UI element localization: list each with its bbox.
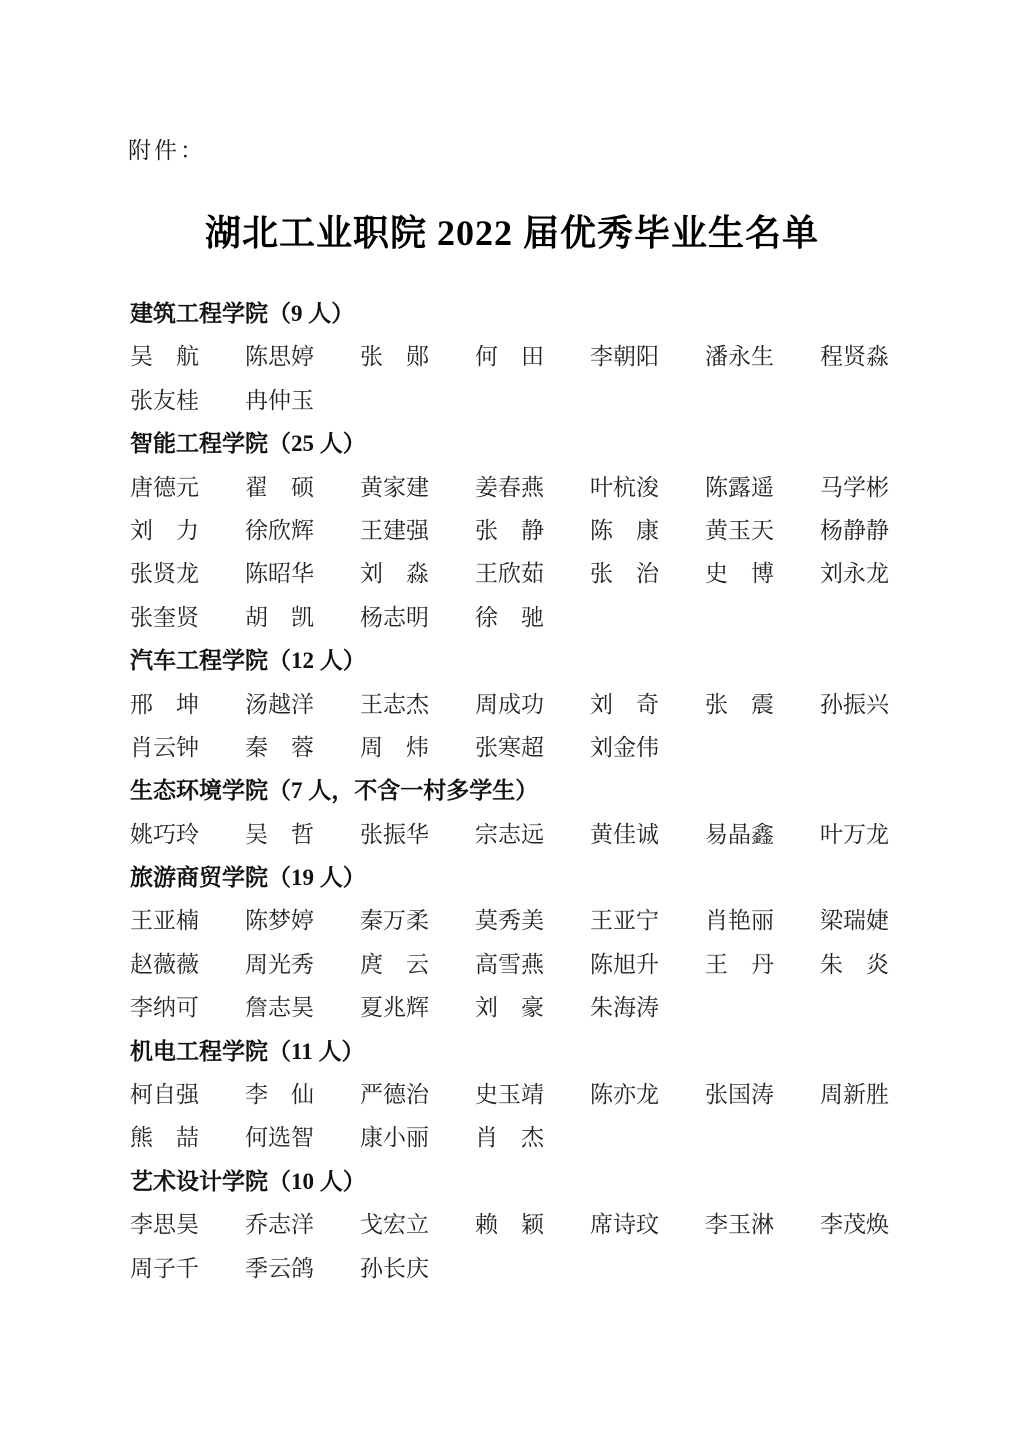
document-page: 附件： 湖北工业职院 2022 届优秀毕业生名单 建筑工程学院（9 人）吴 航 … <box>0 0 1024 1448</box>
names-row: 张奎贤 胡 凯 杨志明 徐 驰 <box>130 596 920 639</box>
names-row: 张友桂 冉仲玉 <box>130 379 920 422</box>
names-row: 姚巧玲 吴 哲 张振华 宗志远 黄佳诚 易晶鑫 叶万龙 <box>130 813 920 856</box>
section-heading: 建筑工程学院（9 人） <box>130 292 920 335</box>
section-heading: 旅游商贸学院（19 人） <box>130 856 920 899</box>
names-row: 王亚楠 陈梦婷 秦万柔 莫秀美 王亚宁 肖艳丽 梁瑞婕 <box>130 899 920 942</box>
names-row: 刘 力 徐欣辉 王建强 张 静 陈 康 黄玉天 杨静静 <box>130 509 920 552</box>
names-row: 邢 坤 汤越洋 王志杰 周成功 刘 奇 张 震 孙振兴 <box>130 683 920 726</box>
names-row: 肖云钟 秦 蓉 周 炜 张寒超 刘金伟 <box>130 726 920 769</box>
section-heading: 艺术设计学院（10 人） <box>130 1160 920 1203</box>
names-row: 吴 航 陈思婷 张 郧 何 田 李朝阳 潘永生 程贤淼 <box>130 335 920 378</box>
section-heading: 智能工程学院（25 人） <box>130 422 920 465</box>
sections-container: 建筑工程学院（9 人）吴 航 陈思婷 张 郧 何 田 李朝阳 潘永生 程贤淼张友… <box>130 292 920 1290</box>
names-row: 李思昊 乔志洋 戈宏立 赖 颖 席诗玟 李玉淋 李茂焕 <box>130 1203 920 1246</box>
names-row: 熊 喆 何选智 康小丽 肖 杰 <box>130 1116 920 1159</box>
attachment-label: 附件： <box>128 132 206 165</box>
section-heading: 机电工程学院（11 人） <box>130 1030 920 1073</box>
names-row: 周子千 季云鸽 孙长庆 <box>130 1247 920 1290</box>
names-row: 柯自强 李 仙 严德治 史玉靖 陈亦龙 张国涛 周新胜 <box>130 1073 920 1116</box>
names-row: 赵薇薇 周光秀 庹 云 高雪燕 陈旭升 王 丹 朱 炎 <box>130 943 920 986</box>
section-heading: 生态环境学院（7 人，不含一村多学生） <box>130 769 920 812</box>
page-title: 湖北工业职院 2022 届优秀毕业生名单 <box>0 205 1024 256</box>
names-row: 唐德元 翟 硕 黄家建 姜春燕 叶杭浚 陈露遥 马学彬 <box>130 466 920 509</box>
section-heading: 汽车工程学院（12 人） <box>130 639 920 682</box>
names-row: 张贤龙 陈昭华 刘 淼 王欣茹 张 治 史 博 刘永龙 <box>130 552 920 595</box>
names-row: 李纳可 詹志昊 夏兆辉 刘 豪 朱海涛 <box>130 986 920 1029</box>
